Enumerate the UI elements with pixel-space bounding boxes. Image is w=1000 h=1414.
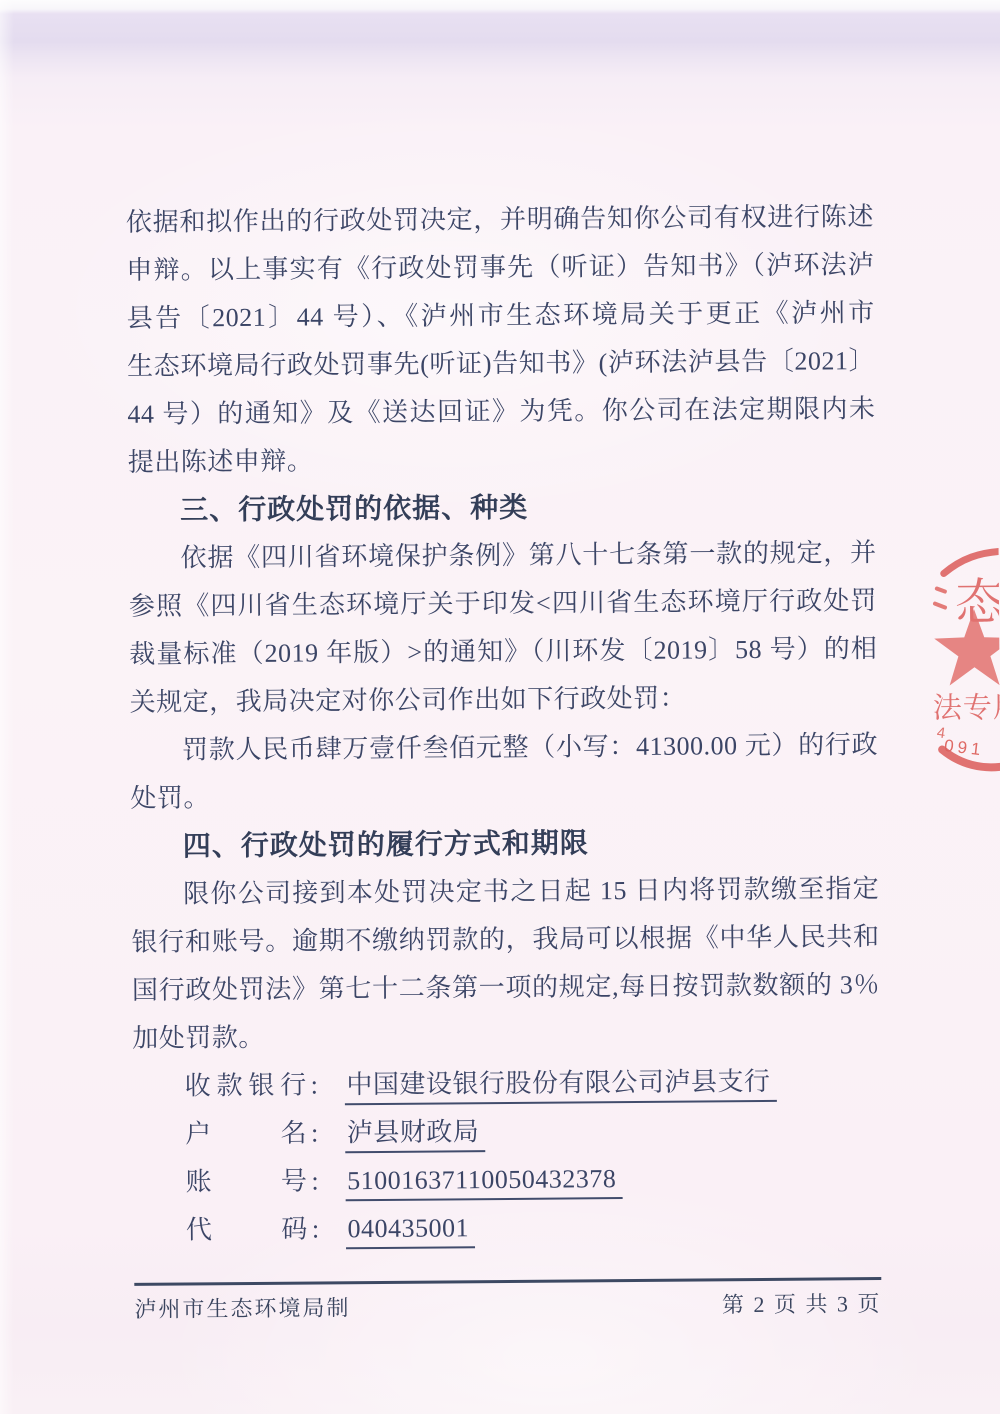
bank-field-label: 代码 xyxy=(186,1206,308,1255)
seal-purpose-text: 法专用 xyxy=(933,691,1000,725)
bank-field-value: 泸县财政局 xyxy=(345,1115,486,1153)
body-line: 关规定，我局决定对你公司作出如下行政处罚： xyxy=(130,673,878,727)
seal-ring-top-arc xyxy=(944,551,1000,573)
official-seal-stamp: 态 法专用 4 091 xyxy=(928,536,1000,787)
bank-field-colon: : xyxy=(311,1157,319,1205)
bank-row-bank-code: 代码:040435001 xyxy=(134,1201,882,1255)
body-line: 依据《四川省环境保护条例》第八十七条第一款的规定，并 xyxy=(128,529,876,583)
body-line: 裁量标准（2019 年版）>的通知》（川环发〔2019〕58 号）的相 xyxy=(129,625,877,679)
bank-row-account-number: 账号:51001637110050432378 xyxy=(133,1153,881,1207)
scanned-page: 依据和拟作出的行政处罚决定，并明确告知你公司有权进行陈述 申辩。以上事实有《行政… xyxy=(0,0,1000,1414)
penalty-amount-line: 罚款人民币肆万壹仟叁佰元整（小写：41300.00 元）的行政 xyxy=(130,721,878,775)
body-line: 提出陈述申辩。 xyxy=(128,433,876,487)
body-line: 县告〔2021〕44 号）、《泸州市生态环境局关于更正《泸州市 xyxy=(127,289,875,343)
document-sheet: 依据和拟作出的行政处罚决定，并明确告知你公司有权进行陈述 申辩。以上事实有《行政… xyxy=(0,0,1000,1414)
section-heading-penalty-execution: 四、行政处罚的履行方式和期限 xyxy=(131,817,879,871)
document-body: 依据和拟作出的行政处罚决定，并明确告知你公司有权进行陈述 申辩。以上事实有《行政… xyxy=(126,193,882,1255)
footer-page-number: 第 2 页 共 3 页 xyxy=(722,1287,882,1319)
section-heading-penalty-basis: 三、行政处罚的依据、种类 xyxy=(128,481,876,535)
body-line: 限你公司接到本处罚决定书之日起 15 日内将罚款缴至指定 xyxy=(131,865,879,919)
bank-row-receiving-bank: 收款银行:中国建设银行股份有限公司泸县支行 xyxy=(133,1057,881,1111)
footer-rule xyxy=(134,1277,881,1286)
bank-field-colon: : xyxy=(311,1109,319,1157)
bank-field-value: 040435001 xyxy=(345,1211,475,1249)
body-line: 加处罚款。 xyxy=(132,1009,880,1063)
bank-field-label: 户名 xyxy=(185,1110,307,1159)
footer-issuer: 泸州市生态环境局制 xyxy=(134,1291,350,1324)
body-line: 处罚。 xyxy=(130,769,878,823)
body-line: 生态环境局行政处罚事先(听证)告知书》(泸环法泸县告〔2021〕 xyxy=(127,337,875,391)
body-line: 国行政处罚法》第七十二条第一项的规定,每日按罚款数额的 3％ xyxy=(132,961,880,1015)
body-line: 银行和账号。逾期不缴纳罚款的，我局可以根据《中华人民共和 xyxy=(131,913,879,967)
bank-row-account-name: 户名:泸县财政局 xyxy=(133,1105,881,1159)
body-line: 参照《四川省生态环境厅关于印发<四川省生态环境厅行政处罚 xyxy=(129,577,877,631)
bank-field-colon: : xyxy=(312,1205,320,1253)
bank-field-label: 收款银行 xyxy=(185,1062,307,1111)
body-line: 依据和拟作出的行政处罚决定，并明确告知你公司有权进行陈述 xyxy=(126,193,874,247)
seal-text-fragment xyxy=(935,589,945,608)
bank-field-value: 中国建设银行股份有限公司泸县支行 xyxy=(344,1065,776,1105)
body-line: 44 号）的通知》及《送达回证》为凭。你公司在法定期限内未 xyxy=(127,385,875,439)
body-line: 申辩。以上事实有《行政处罚事先（听证）告知书》（泸环法泸 xyxy=(126,241,874,295)
bank-field-value: 51001637110050432378 xyxy=(345,1162,622,1201)
page-footer: 泸州市生态环境局制 第 2 页 共 3 页 xyxy=(134,1287,881,1324)
bank-field-colon: : xyxy=(311,1061,319,1109)
bank-field-label: 账号 xyxy=(185,1158,307,1207)
